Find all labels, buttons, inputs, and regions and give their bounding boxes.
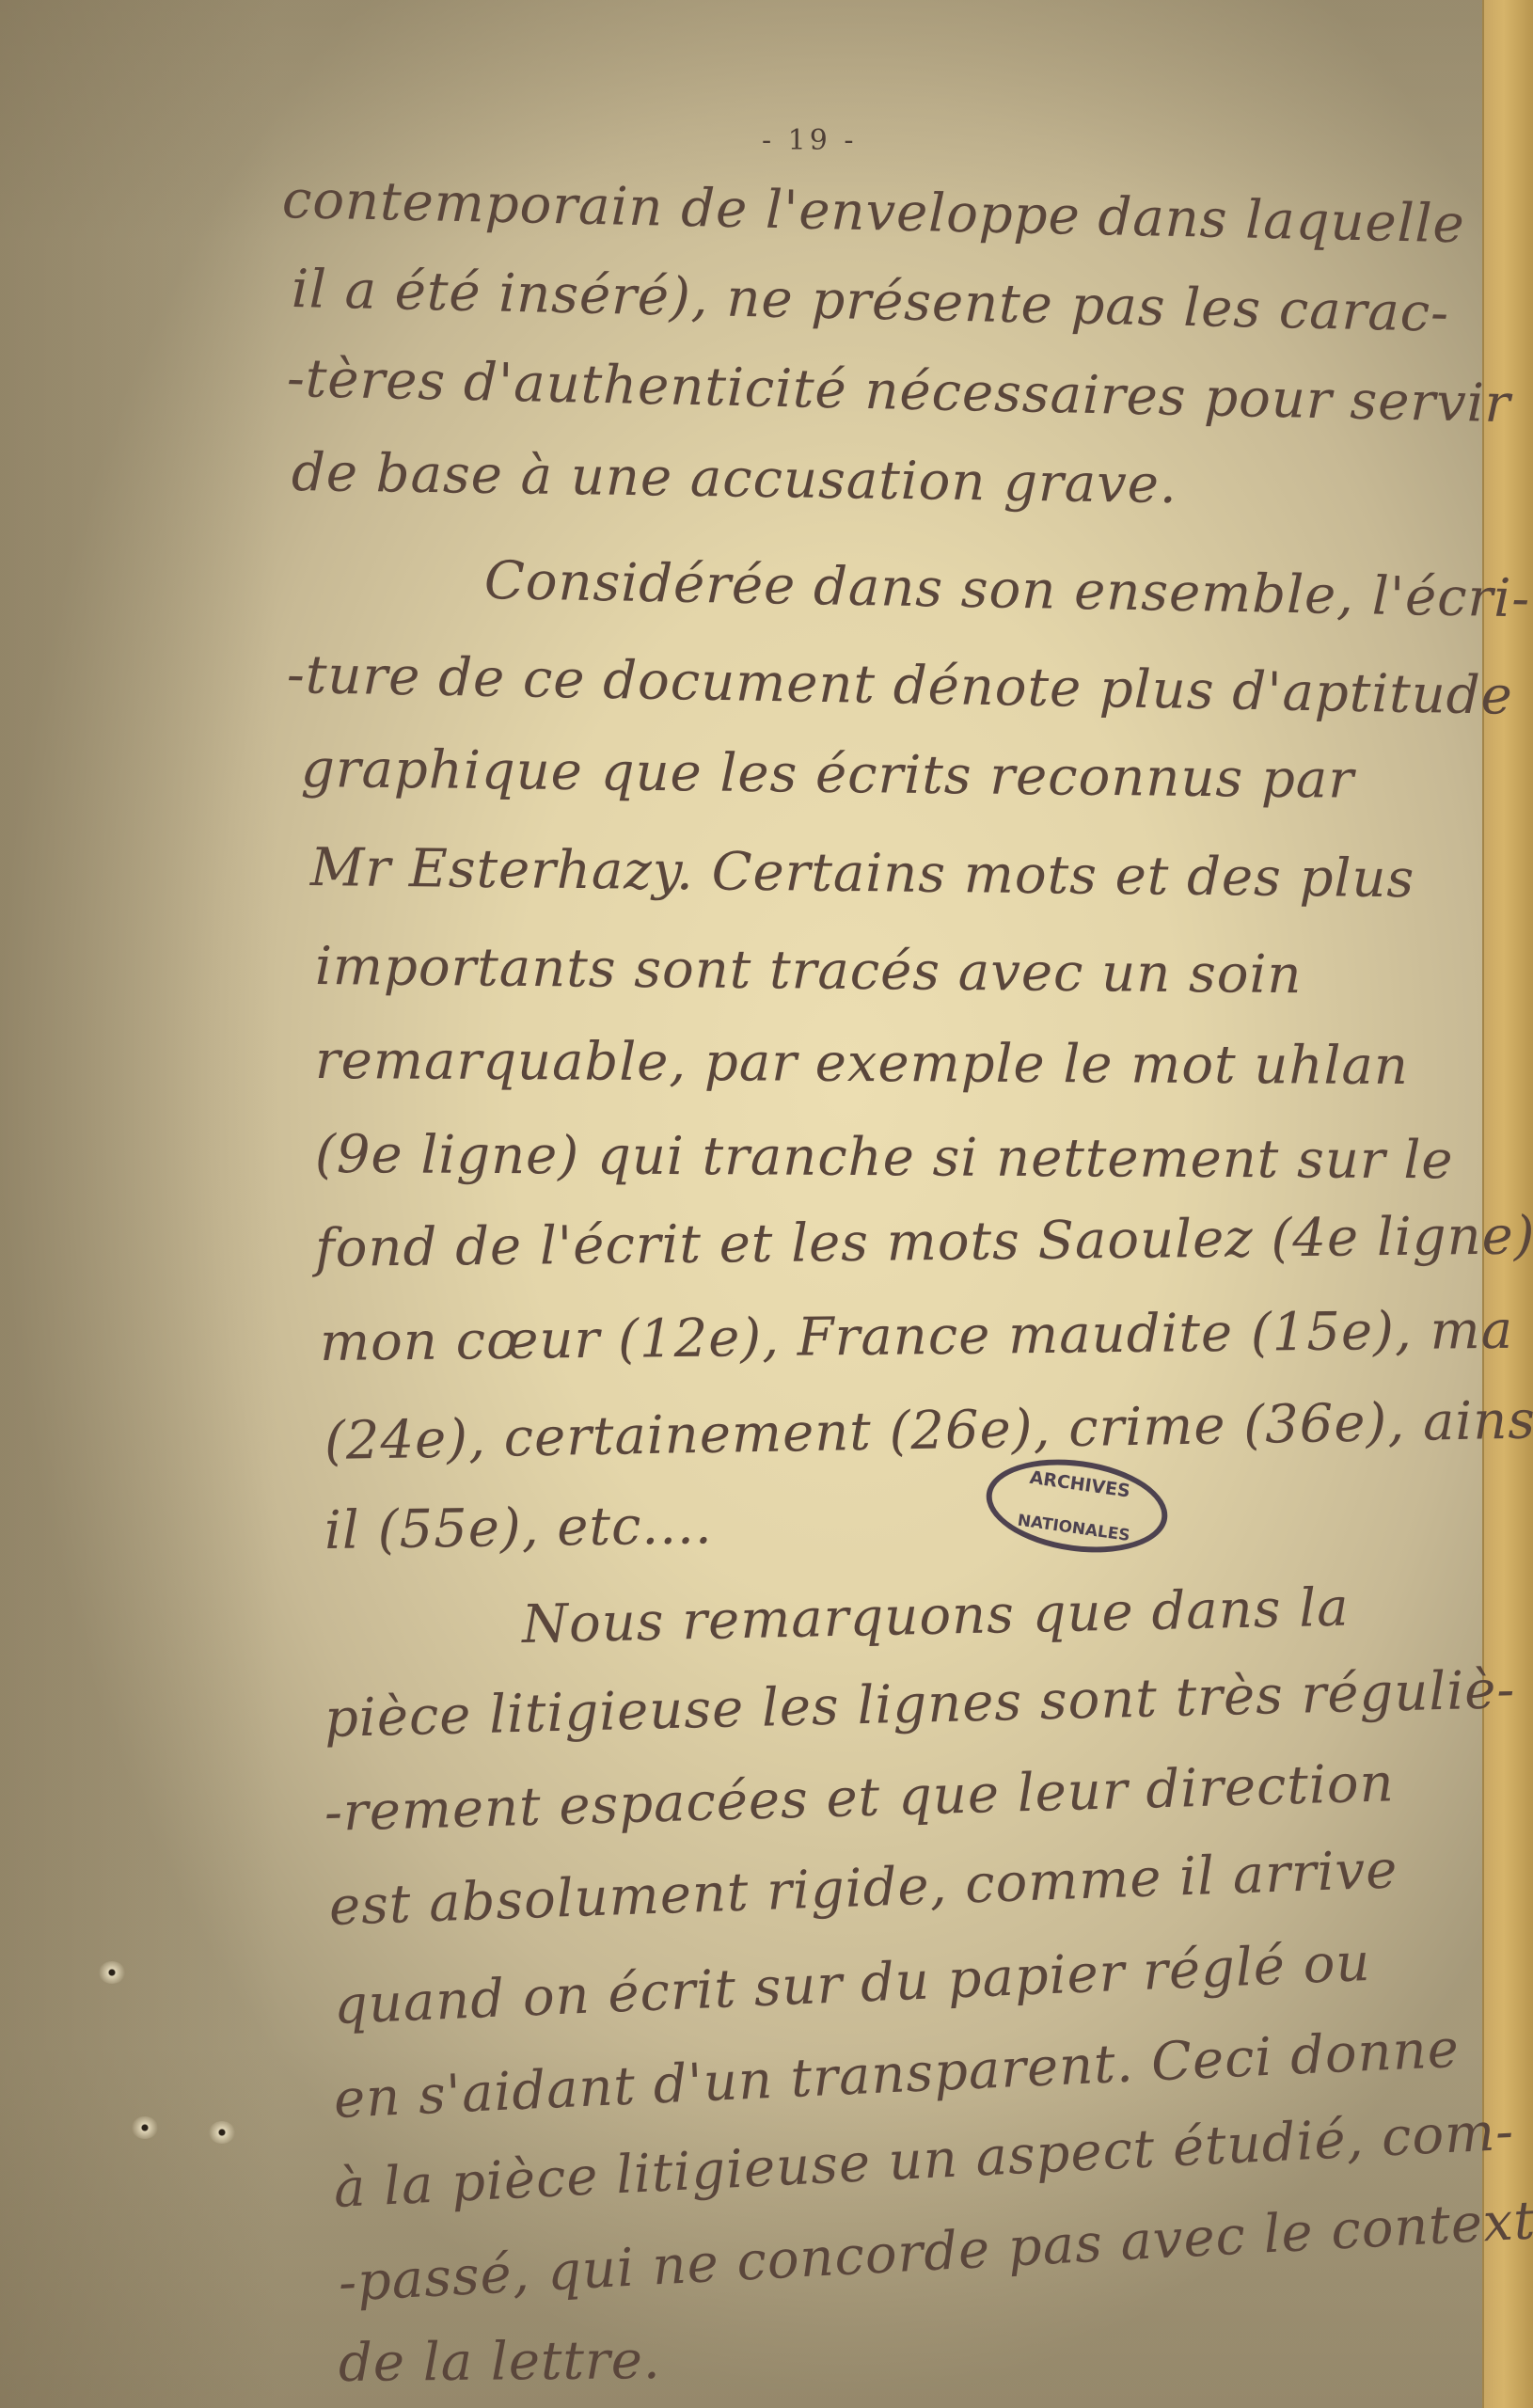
text-line: Nous remarquons que dans la [521,1577,1350,1655]
page-number: - 19 - [762,124,858,157]
text-line: -ture de ce document dénote plus d'aptit… [286,644,1513,727]
text-line: de base à une accusation grave. [292,442,1178,515]
text-line: quand on écrit sur du papier réglé ou [333,1932,1372,2036]
text-line: -tères d'authenticité nécessaires pour s… [286,348,1511,435]
punch-hole [209,2121,235,2144]
text-line: importants sont tracés avec un soin [315,936,1303,1006]
stamp-bottom-text: NATIONALES [988,1507,1160,1549]
punch-hole [99,1961,125,1984]
text-line: -rement espacées et que leur direction [324,1752,1395,1844]
text-line: Considérée dans son ensemble, l'écri- [483,550,1530,629]
text-line: remarquable, par exemple le mot uhlan [315,1030,1409,1097]
text-line: (24e), certainement (26e), crime (36e), … [324,1387,1533,1472]
text-line: est absolument rigide, comme il arrive [328,1839,1399,1938]
binding-edge [1482,0,1533,2408]
stamp-top-text: ARCHIVES [994,1463,1166,1507]
text-line: il (55e), etc.... [324,1495,713,1561]
text-line: contemporain de l'enveloppe dans laquell… [281,169,1465,255]
punch-hole [132,2116,158,2139]
text-line: mon cœur (12e), France maudite (15e), ma… [320,1297,1533,1373]
text-line: pièce litigieuse les lignes sont très ré… [324,1659,1516,1750]
text-line: fond de l'écrit et les mots Saoulez (4e … [315,1205,1533,1279]
text-line: Mr Esterhazy. Certains mots et des plus [310,837,1415,910]
text-line: il a été inséré), ne présente pas les ca… [291,259,1449,344]
text-line: de la lettre. [339,2330,661,2394]
archives-nationales-stamp: ARCHIVES NATIONALES [980,1449,1173,1563]
text-line: graphique que les écrits reconnus par [301,738,1355,811]
manuscript-page: - 19 - contemporain de l'enveloppe dans … [0,0,1533,2408]
text-line: (9e ligne) qui tranche si nettement sur … [315,1124,1454,1191]
